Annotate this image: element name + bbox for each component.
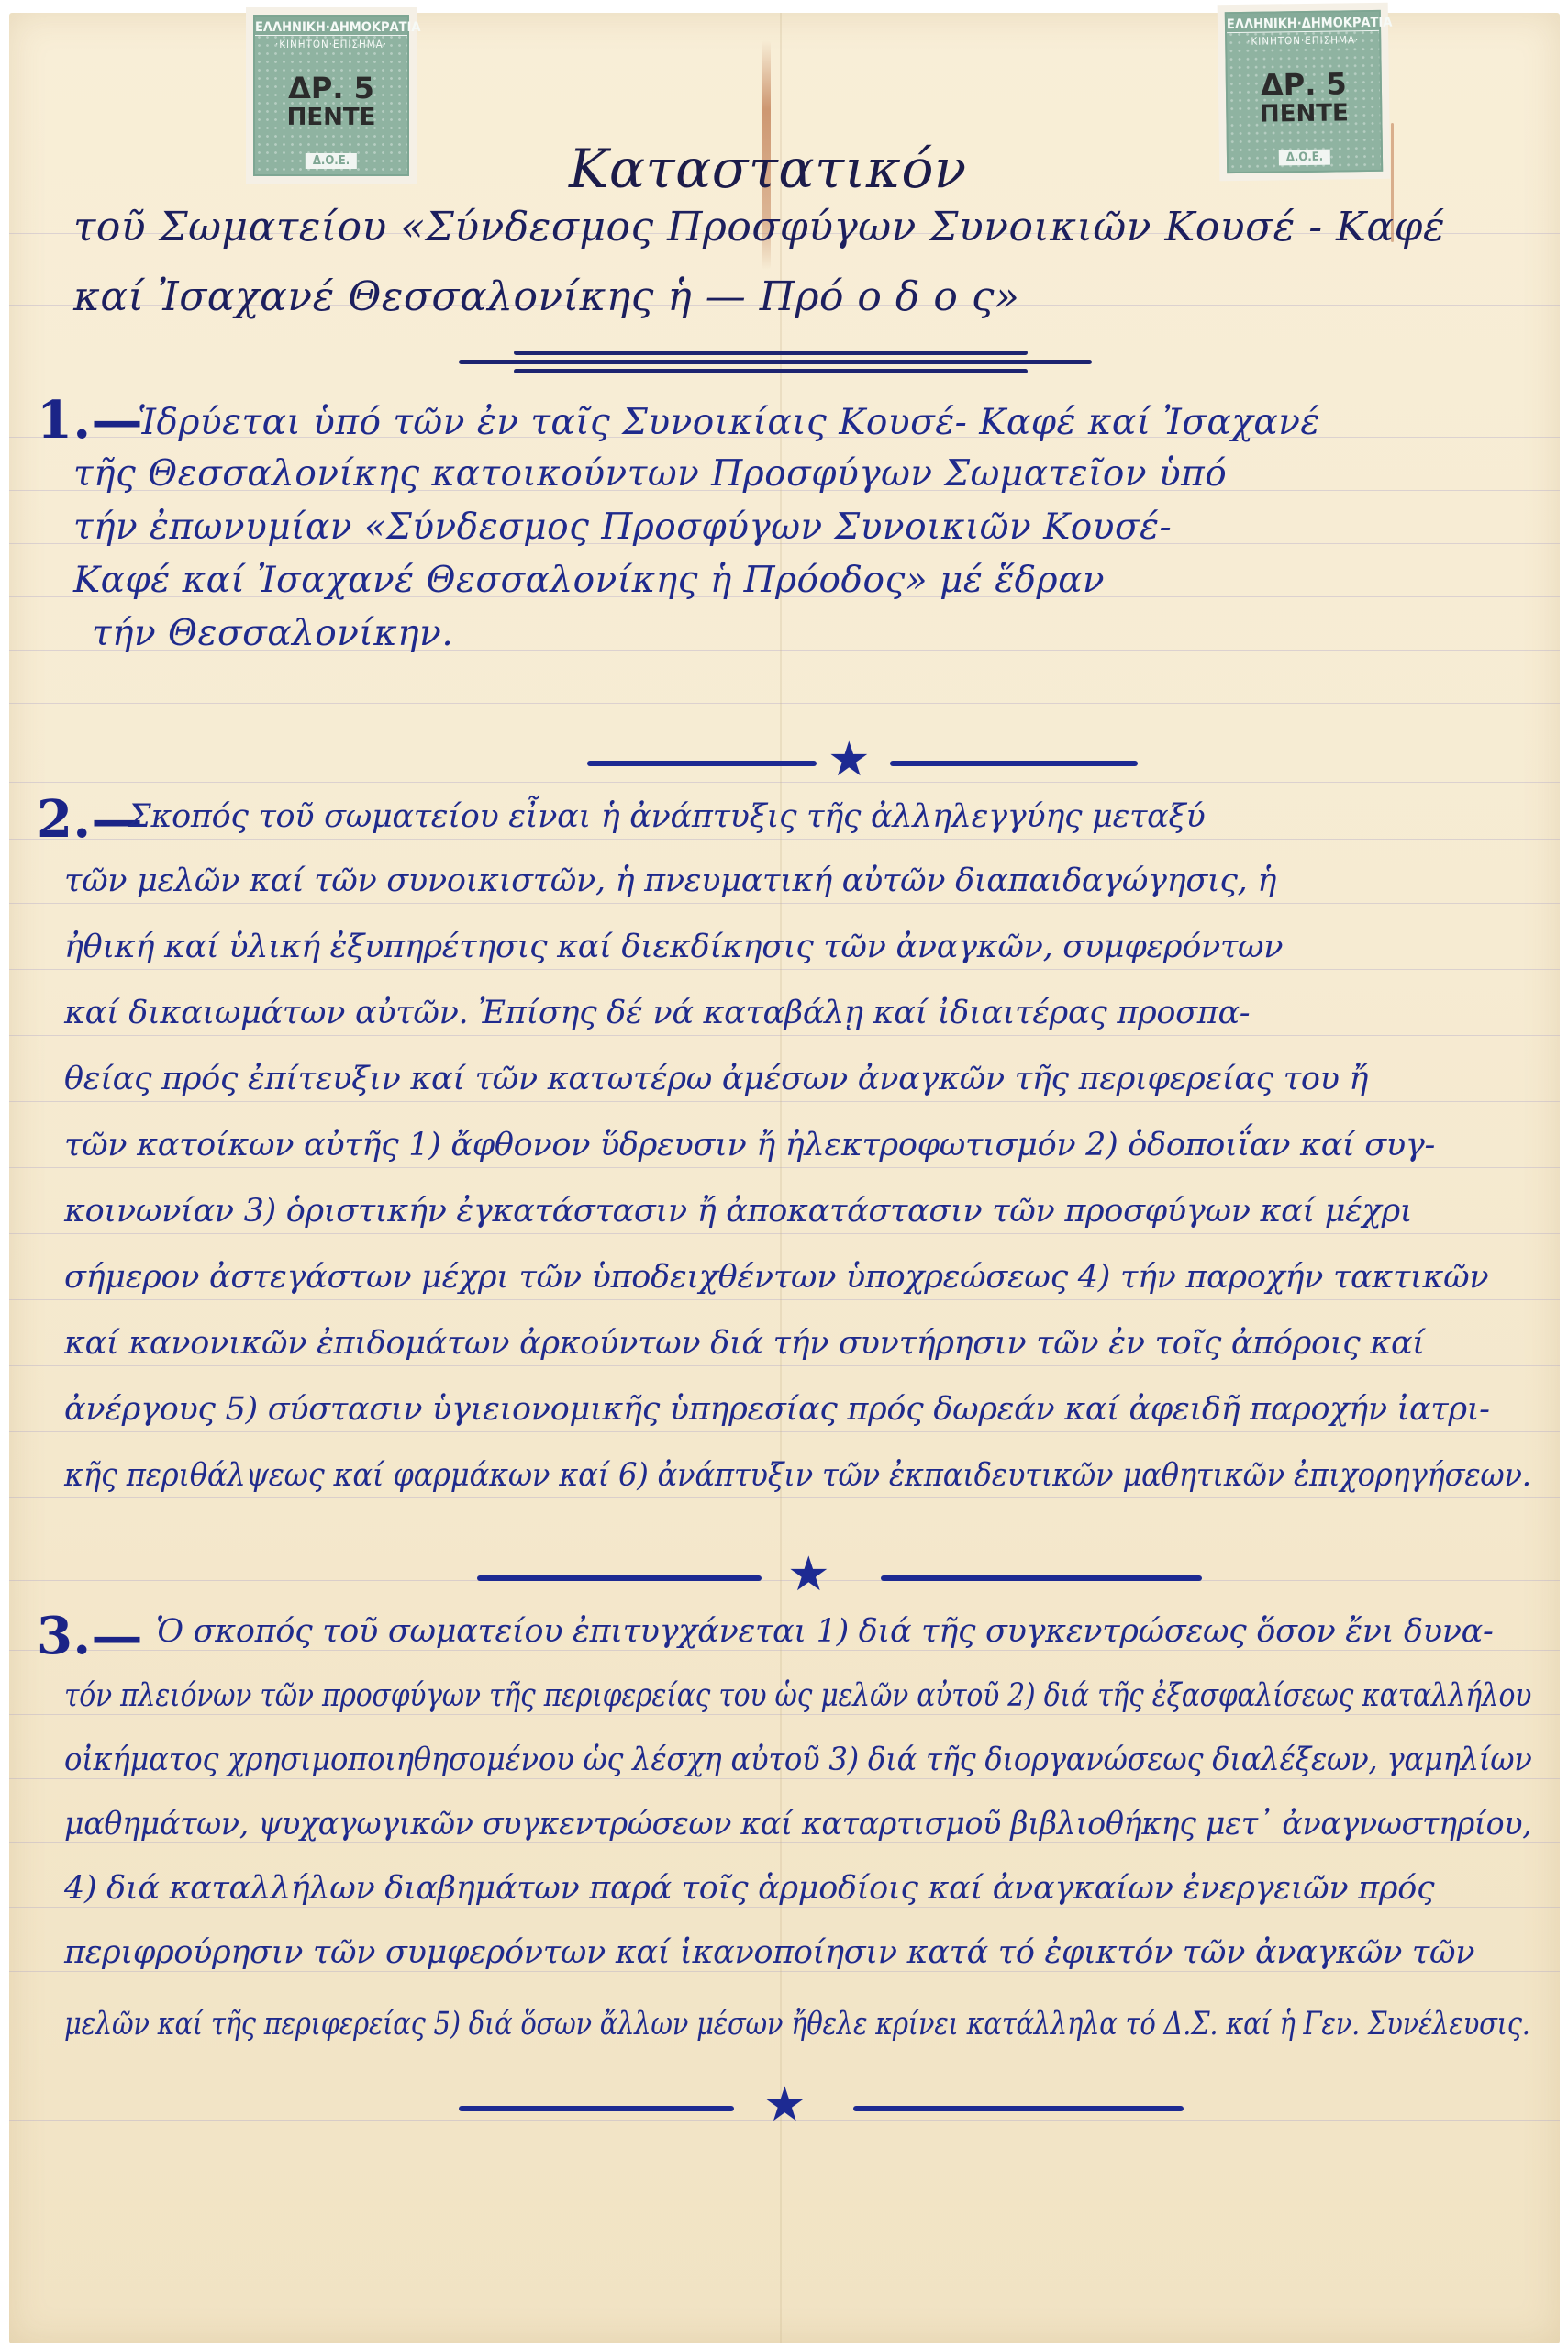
section-line: οἰκήματος χρησιμοποιηθησομένου ὡς λέσχη … [64,1742,1532,1778]
ruled-line [9,1650,1560,1651]
ruled-line [9,1299,1560,1300]
section-line: τῆς Θεσσαλονίκης κατοικούντων Προσφύγων … [73,453,1227,495]
section-line: κοινωνίαν 3) ὁριστικήν ἐγκατάστασιν ἤ ἀπ… [64,1193,1412,1230]
stamp-value: ΔΡ. 5 [1228,68,1380,101]
section-line: ἠθική καί ὑλική ἐξυπηρέτησις καί διεκδίκ… [64,929,1283,965]
section-line: Ἱδρύεται ὑπό τῶν ἐν ταῖς Συνοικίαις Κουσ… [138,402,1320,443]
section-line: καί δικαιωμάτων αὐτῶν. Ἐπίσης δέ νά κατα… [64,995,1250,1031]
title-underline [459,360,1092,364]
stamp-footer: Δ.Ο.Ε. [306,153,357,169]
ruled-line [9,1907,1560,1908]
stamp-value-word: ΠΕΝΤΕ [255,104,407,131]
ruled-line [9,1101,1560,1102]
title-underline [514,369,1028,373]
star-icon: ★ [763,2081,806,2129]
ruled-line [9,1233,1560,1234]
ruled-line [9,1778,1560,1779]
stamp-country: ΕΛΛΗΝΙΚΗ·ΔΗΜΟΚΡΑΤΙΑ [255,17,407,36]
section-line: τήν ἐπωνυμίαν «Σύνδεσμος Προσφύγων Συνοι… [73,507,1172,548]
ruled-line [9,1365,1560,1366]
section-line: Καφέ καί Ἰσαχανέ Θεσσαλονίκης ἡ Πρόοδος»… [73,560,1105,601]
ruled-line [9,1714,1560,1715]
ruled-line [9,1167,1560,1168]
stamp-footer: Δ.Ο.Ε. [1279,150,1331,166]
ruled-line [9,1431,1560,1432]
section-line: τῶν μελῶν καί τῶν συνοικιστῶν, ἡ πνευματ… [64,863,1276,899]
stamp-value: ΔΡ. 5 [255,72,407,104]
document-title: Καταστατικόν [569,138,967,200]
revenue-stamp-right: ΕΛΛΗΝΙΚΗ·ΔΗΜΟΚΡΑΤΙΑ ·ΚΙΝΗΤΟΝ·ΕΠΙΣΗΜΑ· ΔΡ… [1218,3,1391,182]
section-line: Ὁ σκοπός τοῦ σωματείου ἐπιτυγχάνεται 1) … [156,1613,1494,1650]
star-divider: ★ [477,1560,1211,1597]
ruled-line [9,903,1560,904]
star-icon: ★ [828,736,871,784]
section-line: ἀνέργους 5) σύστασιν ὑγιειονομικῆς ὑπηρε… [64,1391,1490,1428]
stamp-subtitle: ·ΚΙΝΗΤΟΝ·ΕΠΙΣΗΜΑ· [1227,31,1379,50]
header-line-2: καί Ἰσαχανέ Θεσσαλονίκης ἡ — Πρό ο δ ο ς… [73,273,1019,320]
section-line: 4) διά καταλλήλων διαβημάτων παρά τοῖς ἁ… [64,1870,1434,1907]
ruled-line [9,1842,1560,1843]
stamp-subtitle: ·ΚΙΝΗΤΟΝ·ΕΠΙΣΗΜΑ· [255,36,407,52]
section-line: θείας πρός ἐπίτευξιν καί τῶν κατωτέρω ἀμ… [64,1061,1368,1097]
ruled-line [9,1971,1560,1972]
star-icon: ★ [787,1551,830,1598]
section-line: Σκοπός τοῦ σωματείου εἶναι ἡ ἀνάπτυξις τ… [128,798,1205,835]
section-line: καί κανονικῶν ἐπιδομάτων ἀρκούντων διά τ… [64,1325,1425,1362]
section-line: μαθημάτων, ψυχαγωγικῶν συγκεντρώσεων καί… [64,1806,1532,1842]
section-line: μελῶν καί τῆς περιφερείας 5) διά ὅσων ἄλ… [64,2006,1530,2043]
ruled-line [9,2043,1560,2043]
header-line-1: τοῦ Σωματείου «Σύνδεσμος Προσφύγων Συνοι… [73,204,1445,250]
section-line: τῶν κατοίκων αὐτῆς 1) ἄφθονον ὕδρευσιν ἤ… [64,1127,1435,1163]
star-divider: ★ [587,745,1138,782]
stamp-value-word: ΠΕΝΤΕ [1228,99,1380,128]
ruled-line [9,703,1560,704]
title-underline [514,351,1028,355]
section-line: σήμερον ἀστεγάστων μέχρι τῶν ὑποδειχθέντ… [64,1259,1488,1296]
ruled-line [9,1497,1560,1498]
star-divider: ★ [459,2090,1193,2127]
ruled-line [9,839,1560,840]
ruled-line [9,782,1560,783]
section-number: 1.— [37,390,143,451]
section-line: τήν Θεσσαλονίκην. [92,613,453,654]
section-number: 2.— [37,789,143,850]
ruled-line [9,1035,1560,1036]
section-line: περιφρούρησιν τῶν συμφερόντων καί ἱκανοπ… [64,1934,1474,1971]
section-line: κῆς περιθάλψεως καί φαρμάκων καί 6) ἀνάπ… [64,1457,1531,1494]
ruled-line [9,969,1560,970]
section-number: 3.— [37,1606,143,1666]
section-line: τόν πλειόνων τῶν προσφύγων τῆς περιφερεί… [64,1677,1531,1714]
stamp-country: ΕΛΛΗΝΙΚΗ·ΔΗΜΟΚΡΑΤΙΑ [1227,12,1379,33]
revenue-stamp-left: ΕΛΛΗΝΙΚΗ·ΔΗΜΟΚΡΑΤΙΑ ·ΚΙΝΗΤΟΝ·ΕΠΙΣΗΜΑ· ΔΡ… [246,7,417,184]
